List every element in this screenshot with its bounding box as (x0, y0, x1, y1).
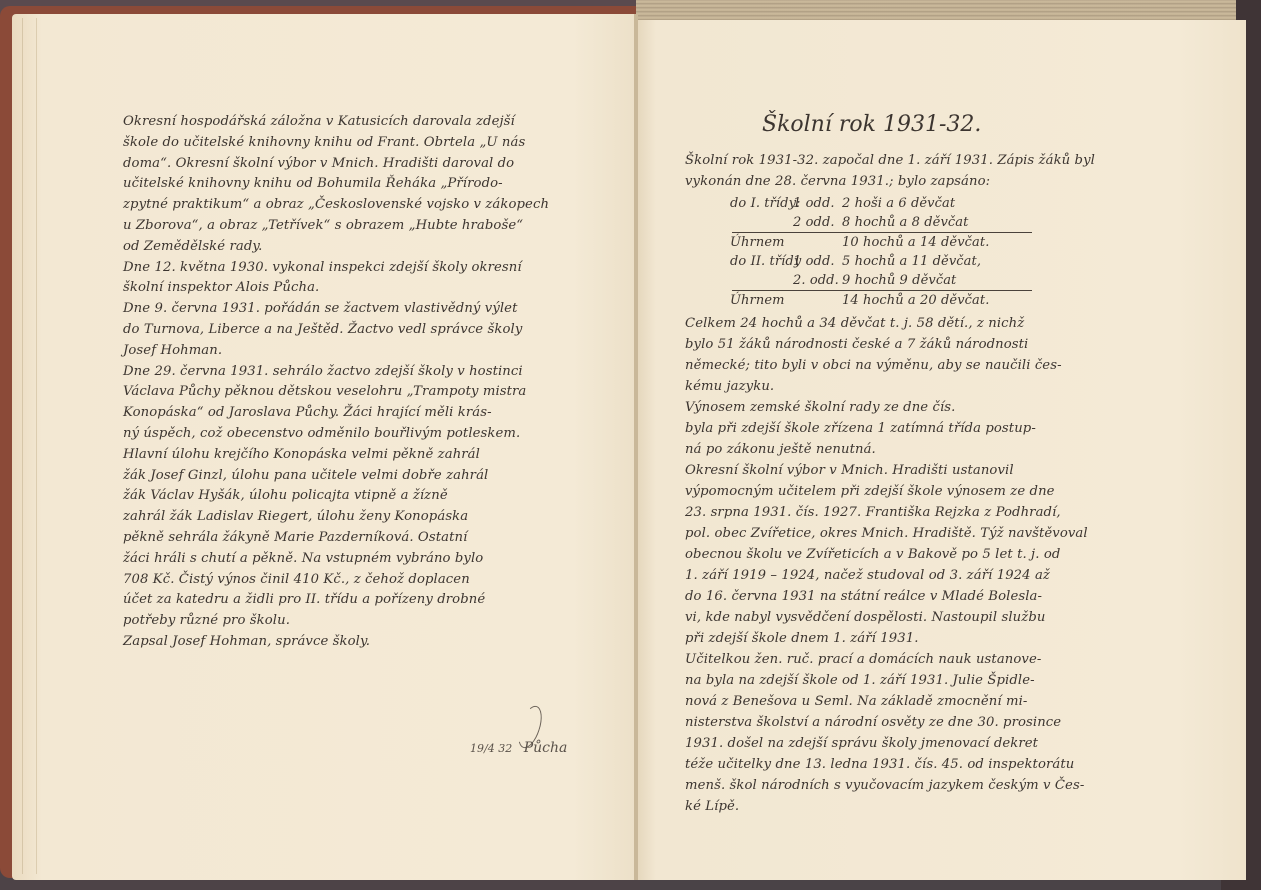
page-title: Školní rok 1931-32. (762, 112, 981, 137)
handwritten-line: Dne 12. května 1930. vykonal inspekci zd… (123, 258, 593, 279)
class-label: do II. třídy (730, 252, 801, 271)
inspector-annotation: 19/4 32 Půcha (470, 740, 567, 756)
handwritten-line: nová z Benešova u Seml. Na základě zmocn… (685, 691, 1145, 712)
handwritten-line: účet za katedru a židli pro II. třídu a … (123, 590, 593, 611)
handwritten-line: Školní rok 1931-32. započal dne 1. září … (685, 150, 1145, 171)
page-edge-line (36, 18, 37, 874)
handwritten-line: od Zemědělské rady. (123, 237, 593, 258)
handwritten-line: pol. obec Zvířetice, okres Mnich. Hradiš… (685, 523, 1145, 544)
handwritten-line: školní inspektor Alois Půcha. (123, 278, 593, 299)
handwritten-line: Okresní školní výbor v Mnich. Hradišti u… (685, 460, 1145, 481)
handwritten-line: při zdejší škole dnem 1. září 1931. (685, 628, 1145, 649)
handwritten-line: téže učitelky dne 13. ledna 1931. čís. 4… (685, 754, 1145, 775)
handwritten-line: Konopáska“ od Jaroslava Půchy. Žáci hraj… (123, 403, 593, 424)
handwritten-line: byla při zdejší škole zřízena 1 zatímná … (685, 418, 1145, 439)
handwritten-line: Výnosem zemské školní rady ze dne čís. (685, 397, 1145, 418)
handwritten-line: Učitelkou žen. ruč. prací a domácích nau… (685, 649, 1145, 670)
handwritten-line: menš. škol národních s vyučovacím jazyke… (685, 775, 1145, 796)
handwritten-line: 708 Kč. Čistý výnos činil 410 Kč., z čeh… (123, 570, 593, 591)
table-row: Úhrnem10 hochů a 14 děvčat. (690, 233, 1050, 252)
handwritten-line: 1931. došel na zdejší správu školy jmeno… (685, 733, 1145, 754)
handwritten-line: bylo 51 žáků národnosti české a 7 žáků n… (685, 334, 1145, 355)
handwritten-line: učitelské knihovny knihu od Bohumila Řeh… (123, 174, 593, 195)
handwritten-line: ná po zákonu ještě nenutná. (685, 439, 1145, 460)
annotation-date: 19/4 32 (470, 742, 512, 755)
count-value: 2 hoši a 6 děvčat (842, 194, 955, 213)
table-row: 2 odd.8 hochů a 8 děvčat (690, 213, 1050, 232)
handwritten-line: Dne 9. června 1931. pořádán se žactvem v… (123, 299, 593, 320)
table-row: do I. třídy:1 odd.2 hoši a 6 děvčat (690, 194, 1050, 213)
handwritten-line: žáci hráli s chutí a pěkně. Na vstupném … (123, 549, 593, 570)
handwritten-line: doma“. Okresní školní výbor v Mnich. Hra… (123, 154, 593, 175)
division-label: 2 odd. (793, 213, 835, 232)
handwritten-line: Okresní hospodářská záložna v Katusicích… (123, 112, 593, 133)
handwritten-line: zpytné praktikum“ a obraz „Československ… (123, 195, 593, 216)
page-stack-edge (636, 0, 1236, 22)
page-edge-line (22, 18, 23, 874)
handwritten-line: kému jazyku. (685, 376, 1145, 397)
handwritten-line: u Zborova“, a obraz „Tetřívek“ s obrazem… (123, 216, 593, 237)
table-row: do II. třídy1 odd.5 hochů a 11 děvčat, (690, 252, 1050, 271)
handwritten-line: vykonán dne 28. června 1931.; bylo zapsá… (685, 171, 1145, 192)
left-page-text: Okresní hospodářská záložna v Katusicích… (123, 112, 593, 653)
handwritten-line: německé; tito byli v obci na výměnu, aby… (685, 355, 1145, 376)
handwritten-line: Celkem 24 hochů a 34 děvčat t. j. 58 dět… (685, 313, 1145, 334)
enrollment-table: do I. třídy:1 odd.2 hoši a 6 děvčat2 odd… (690, 194, 1050, 310)
handwritten-line: nisterstva školství a národní osvěty ze … (685, 712, 1145, 733)
handwritten-line: Zapsal Josef Hohman, správce školy. (123, 632, 593, 653)
handwritten-line: obecnou školu ve Zvířeticích a v Bakově … (685, 544, 1145, 565)
handwritten-line: do Turnova, Liberce a na Ještěd. Žactvo … (123, 320, 593, 341)
annotation-signature: Půcha (524, 740, 568, 756)
handwritten-line: ný úspěch, což obecenstvo odměnilo bouřl… (123, 424, 593, 445)
handwritten-line: vi, kde nabyl vysvědčení dospělosti. Nas… (685, 607, 1145, 628)
count-value: 9 hochů 9 děvčat (842, 271, 956, 290)
handwritten-line: Josef Hohman. (123, 341, 593, 362)
table-row: Úhrnem14 hochů a 20 děvčat. (690, 291, 1050, 310)
handwritten-line: ké Lípě. (685, 796, 1145, 817)
handwritten-line: škole do učitelské knihovny knihu od Fra… (123, 133, 593, 154)
division-label: 1 odd. (793, 252, 835, 271)
handwritten-line: výpomocným učitelem při zdejší škole výn… (685, 481, 1145, 502)
class-label: do I. třídy: (730, 194, 801, 213)
right-page-intro: Školní rok 1931-32. započal dne 1. září … (685, 150, 1145, 192)
handwritten-line: na byla na zdejší škole od 1. září 1931.… (685, 670, 1145, 691)
handwritten-line: Dne 29. června 1931. sehrálo žactvo zdej… (123, 362, 593, 383)
handwritten-line: Hlavní úlohu krejčího Konopáska velmi pě… (123, 445, 593, 466)
handwritten-line: 1. září 1919 – 1924, načež studoval od 3… (685, 565, 1145, 586)
handwritten-line: pěkně sehrála žákyně Marie Pazderníková.… (123, 528, 593, 549)
handwritten-line: žák Josef Ginzl, úlohu pana učitele velm… (123, 466, 593, 487)
handwritten-line: žák Václav Hyšák, úlohu policajta vtipně… (123, 486, 593, 507)
class-label: Úhrnem (730, 233, 785, 252)
handwritten-line: zahrál žák Ladislav Riegert, úlohu ženy … (123, 507, 593, 528)
count-value: 8 hochů a 8 děvčat (842, 213, 968, 232)
count-value: 14 hochů a 20 děvčat. (842, 291, 989, 310)
handwritten-line: 23. srpna 1931. čís. 1927. Františka Rej… (685, 502, 1145, 523)
book-gutter (634, 14, 638, 880)
division-label: 2. odd. (793, 271, 839, 290)
right-page-text: Celkem 24 hochů a 34 děvčat t. j. 58 dět… (685, 313, 1145, 817)
handwritten-line: Václava Půchy pěknou dětskou veselohru „… (123, 382, 593, 403)
handwritten-line: do 16. června 1931 na státní reálce v Ml… (685, 586, 1145, 607)
class-label: Úhrnem (730, 291, 785, 310)
count-value: 5 hochů a 11 děvčat, (842, 252, 981, 271)
count-value: 10 hochů a 14 děvčat. (842, 233, 989, 252)
division-label: 1 odd. (793, 194, 835, 213)
table-row: 2. odd.9 hochů 9 děvčat (690, 271, 1050, 290)
handwritten-line: potřeby různé pro školu. (123, 611, 593, 632)
